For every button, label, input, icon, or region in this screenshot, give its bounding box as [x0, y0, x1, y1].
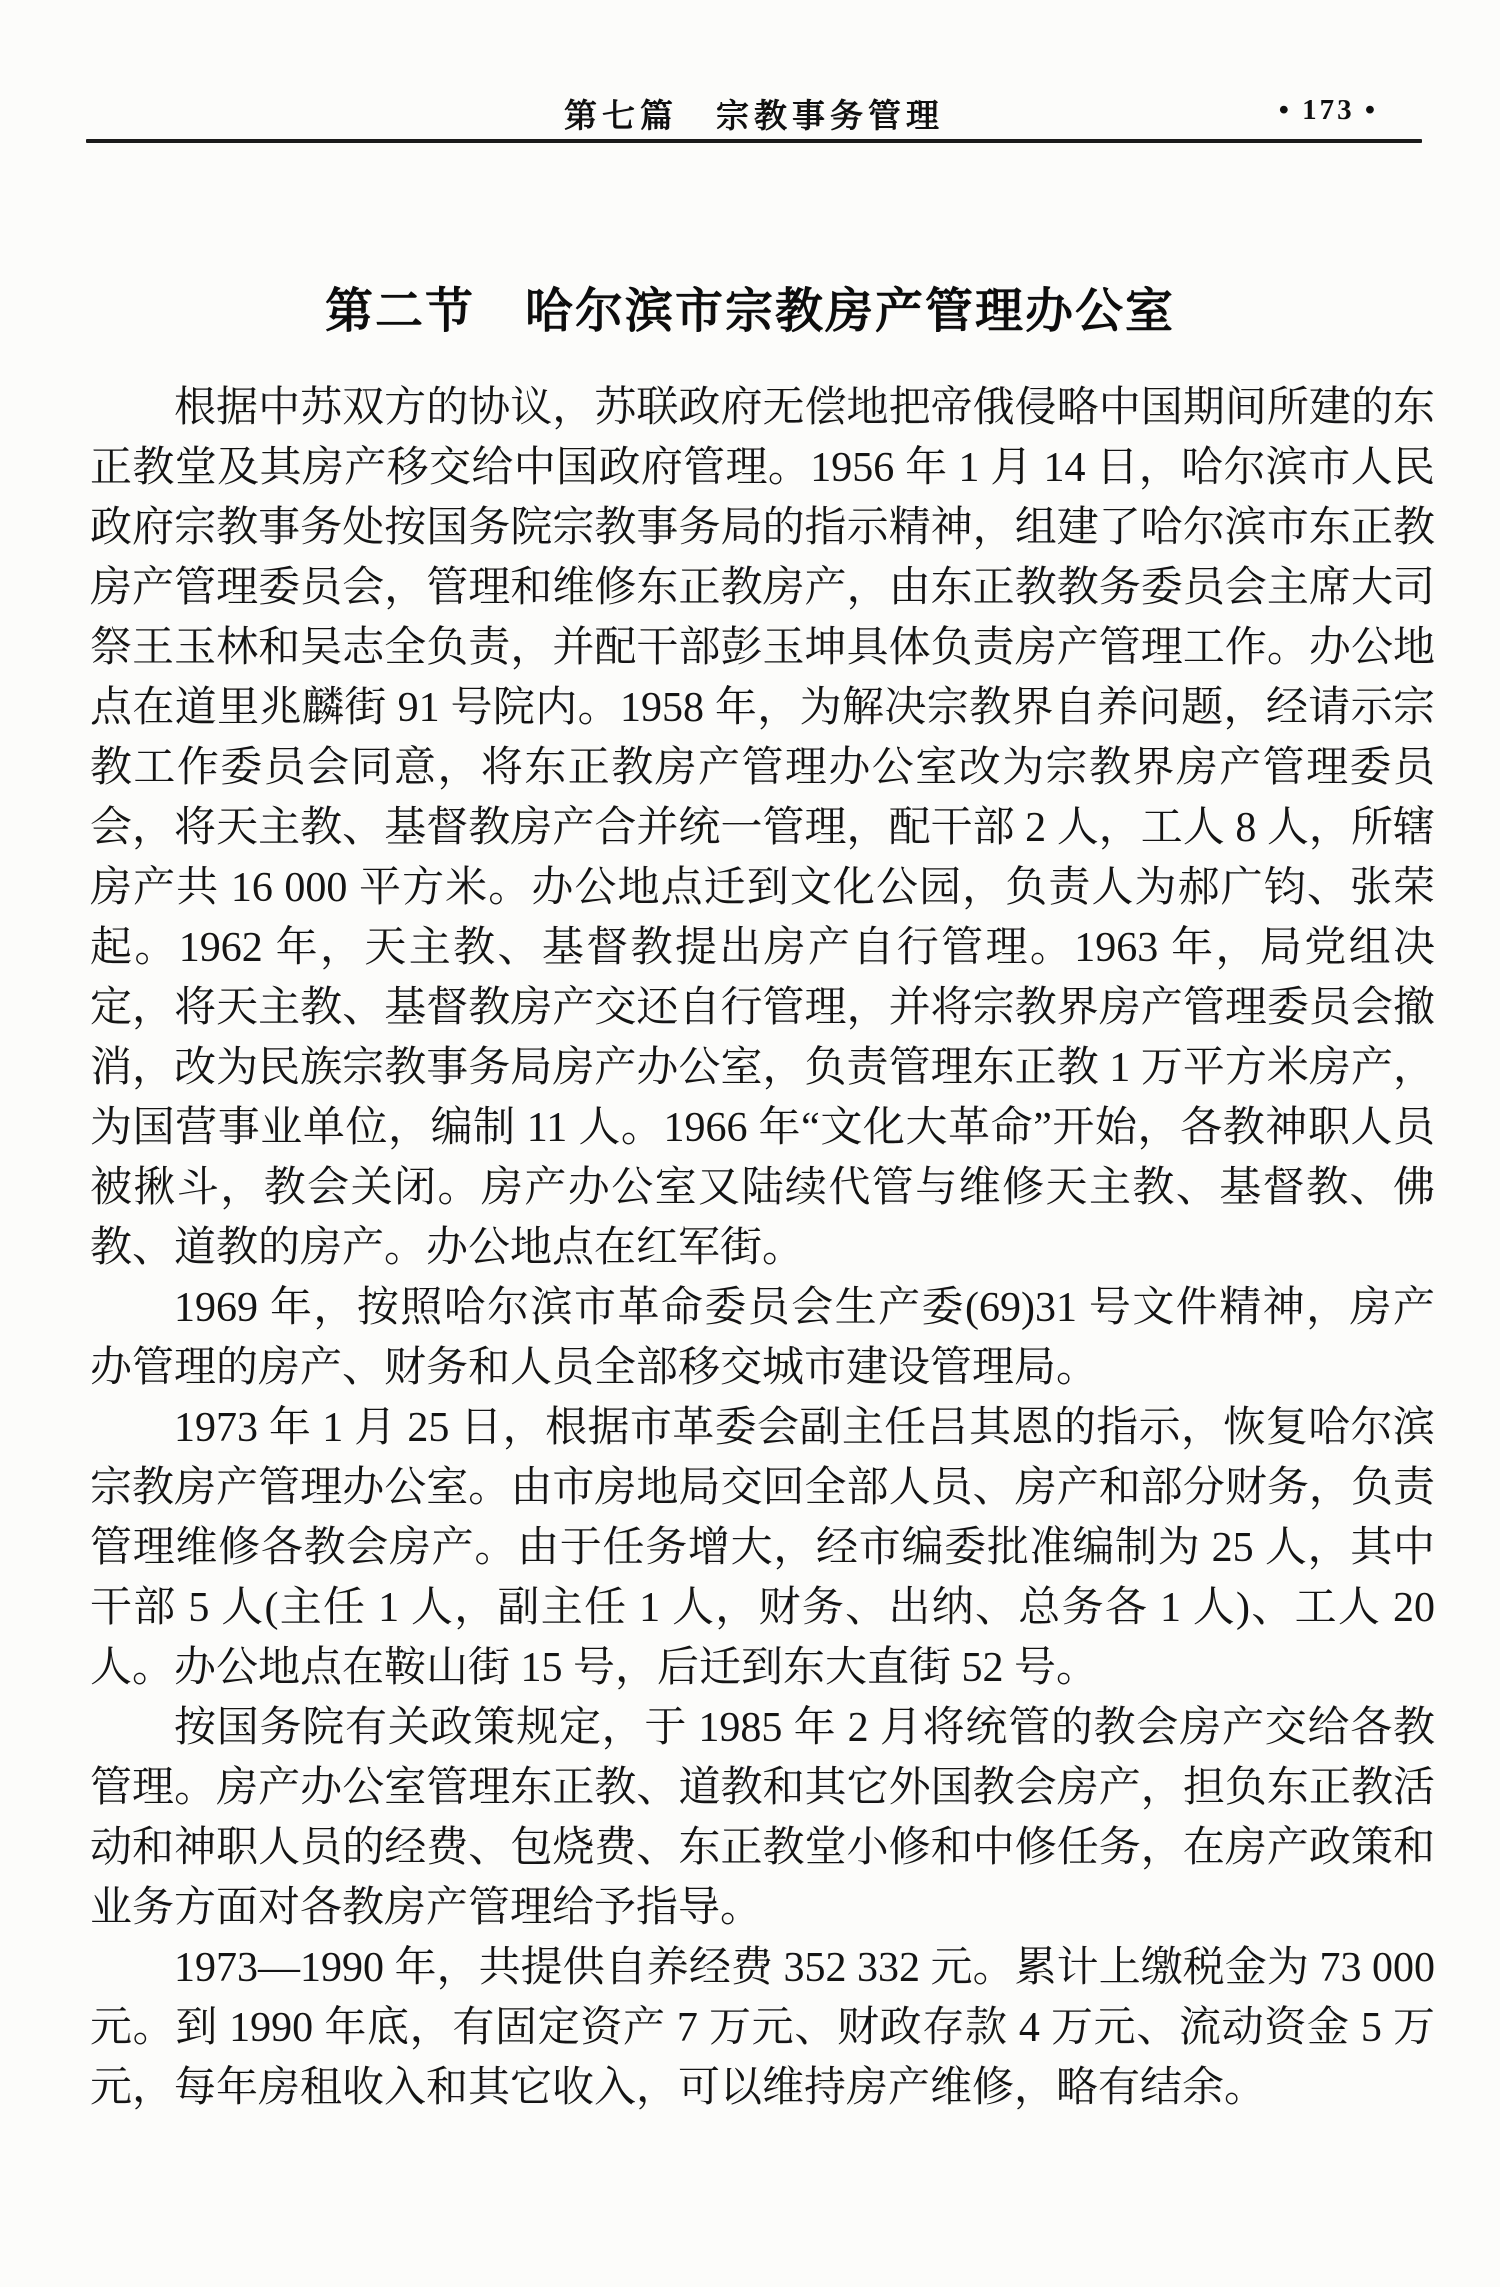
body-text: 根据中苏双方的协议，苏联政府无偿地把帝俄侵略中国期间所建的东正教堂及其房产移交给… [90, 378, 1435, 2118]
paragraph-finance-summary: 1973—1990 年，共提供自养经费 352 332 元。累计上缴税金为 73… [90, 1938, 1435, 2118]
paragraph-1985-policy: 按国务院有关政策规定，于 1985 年 2 月将统管的教会房产交给各教管理。房产… [90, 1698, 1435, 1938]
running-section-title: 第七篇 宗教事务管理 [86, 90, 1422, 137]
paragraph-1973-restore: 1973 年 1 月 25 日，根据市革委会副主任吕其恩的指示，恢复哈尔滨宗教房… [90, 1398, 1435, 1698]
page-number: • 173 • [1279, 94, 1378, 127]
page-header: 第七篇 宗教事务管理 • 173 • [86, 90, 1422, 134]
section-heading: 第二节 哈尔滨市宗教房产管理办公室 [0, 272, 1500, 341]
header-rule [86, 139, 1422, 143]
scanned-book-page: 第七篇 宗教事务管理 • 173 • 第二节 哈尔滨市宗教房产管理办公室 根据中… [0, 0, 1500, 2287]
paragraph-history-1956: 根据中苏双方的协议，苏联政府无偿地把帝俄侵略中国期间所建的东正教堂及其房产移交给… [90, 378, 1435, 1278]
paragraph-1969-transfer: 1969 年，按照哈尔滨市革命委员会生产委(69)31 号文件精神，房产办管理的… [90, 1278, 1435, 1398]
